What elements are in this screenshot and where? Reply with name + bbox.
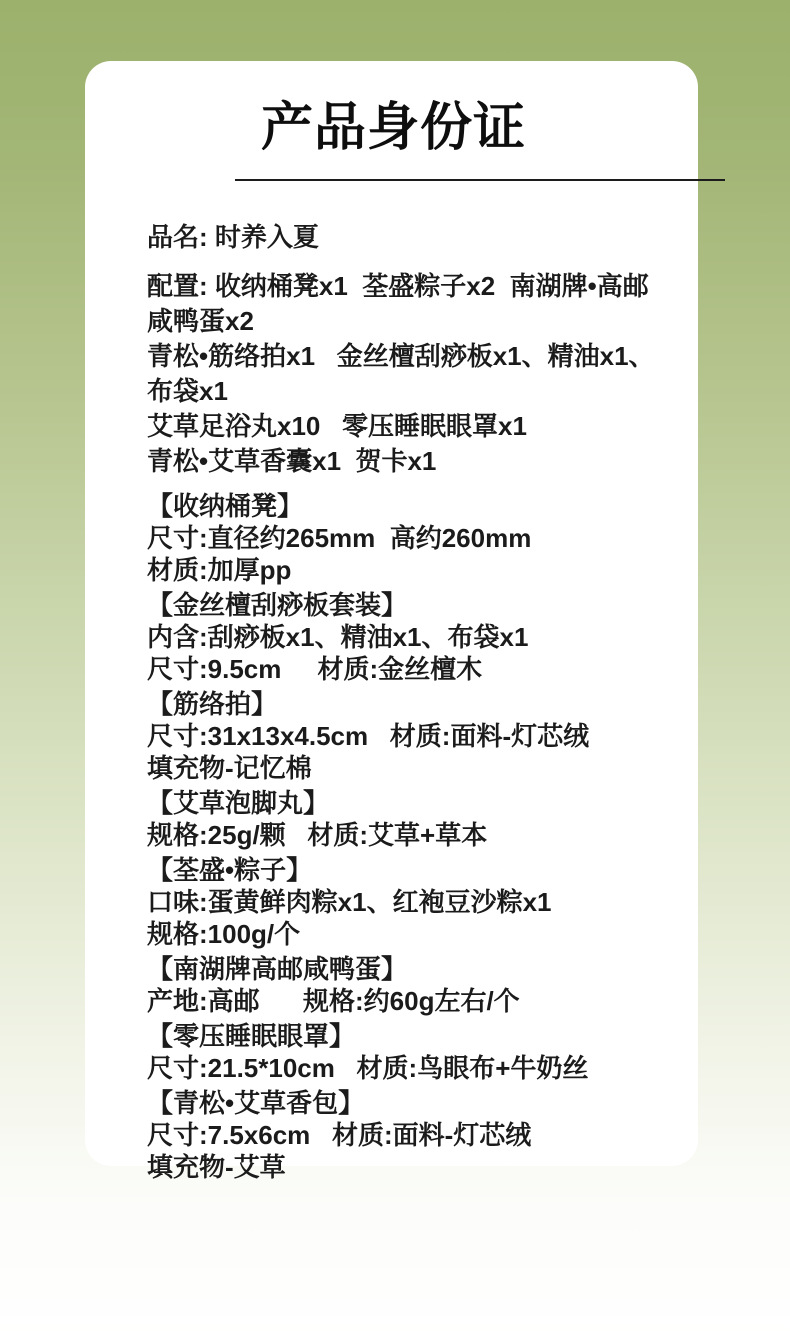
config-line: 配置: 收纳桶凳x1 荃盛粽子x2 南湖牌•高邮咸鸭蛋x2 [147,269,656,339]
section-heading: 【金丝檀刮痧板套装】 [147,589,656,621]
product-section-mugwort-sachet: 【青松•艾草香包】 尺寸:7.5x6cm 材质:面料-灯芯绒 填充物-艾草 [147,1087,656,1183]
product-section-sleep-mask: 【零压睡眠眼罩】 尺寸:21.5*10cm 材质:鸟眼布+牛奶丝 [147,1020,656,1084]
section-line: 尺寸:21.5*10cm 材质:鸟眼布+牛奶丝 [147,1052,656,1084]
product-info-card: 产品身份证 品名: 时养入夏 配置: 收纳桶凳x1 荃盛粽子x2 南湖牌•高邮咸… [85,61,698,1166]
section-line: 规格:100g/个 [147,918,656,950]
section-line: 尺寸:9.5cm 材质:金丝檀木 [147,653,656,685]
section-line: 产地:高邮 规格:约60g左右/个 [147,985,656,1017]
section-line: 尺寸:31x13x4.5cm 材质:面料-灯芯绒 [147,720,656,752]
product-section-zongzi: 【荃盛•粽子】 口味:蛋黄鲜肉粽x1、红袍豆沙粽x1 规格:100g/个 [147,854,656,950]
config-line: 艾草足浴丸x10 零压睡眠眼罩x1 [147,409,656,444]
product-section-meridian-paddle: 【筋络拍】 尺寸:31x13x4.5cm 材质:面料-灯芯绒 填充物-记忆棉 [147,688,656,784]
section-heading: 【筋络拍】 [147,688,656,720]
section-line: 材质:加厚pp [147,554,656,586]
section-line: 内含:刮痧板x1、精油x1、布袋x1 [147,621,656,653]
section-line: 规格:25g/颗 材质:艾草+草本 [147,819,656,851]
config-block: 配置: 收纳桶凳x1 荃盛粽子x2 南湖牌•高邮咸鸭蛋x2 青松•筋络拍x1 金… [147,269,656,479]
section-heading: 【艾草泡脚丸】 [147,787,656,819]
section-line: 尺寸:7.5x6cm 材质:面料-灯芯绒 [147,1119,656,1151]
product-section-guasha-set: 【金丝檀刮痧板套装】 内含:刮痧板x1、精油x1、布袋x1 尺寸:9.5cm 材… [147,589,656,685]
title-underline [235,179,725,181]
config-line: 青松•筋络拍x1 金丝檀刮痧板x1、精油x1、布袋x1 [147,339,656,409]
section-heading: 【荃盛•粽子】 [147,854,656,886]
section-heading: 【收纳桶凳】 [147,490,656,522]
section-line: 口味:蛋黄鲜肉粽x1、红袍豆沙粽x1 [147,886,656,918]
config-line: 青松•艾草香囊x1 贺卡x1 [147,444,656,479]
section-heading: 【零压睡眠眼罩】 [147,1020,656,1052]
section-list: 【收纳桶凳】 尺寸:直径约265mm 高约260mm 材质:加厚pp 【金丝檀刮… [147,490,656,1183]
product-section-storage-stool: 【收纳桶凳】 尺寸:直径约265mm 高约260mm 材质:加厚pp [147,490,656,586]
page-title: 产品身份证 [147,99,656,157]
section-heading: 【青松•艾草香包】 [147,1087,656,1119]
product-section-salted-duck-egg: 【南湖牌高邮咸鸭蛋】 产地:高邮 规格:约60g左右/个 [147,953,656,1017]
product-section-footbath-balls: 【艾草泡脚丸】 规格:25g/颗 材质:艾草+草本 [147,787,656,851]
section-line: 尺寸:直径约265mm 高约260mm [147,522,656,554]
section-line: 填充物-记忆棉 [147,752,656,784]
product-name-line: 品名: 时养入夏 [147,221,656,254]
section-heading: 【南湖牌高邮咸鸭蛋】 [147,953,656,985]
section-line: 填充物-艾草 [147,1151,656,1183]
